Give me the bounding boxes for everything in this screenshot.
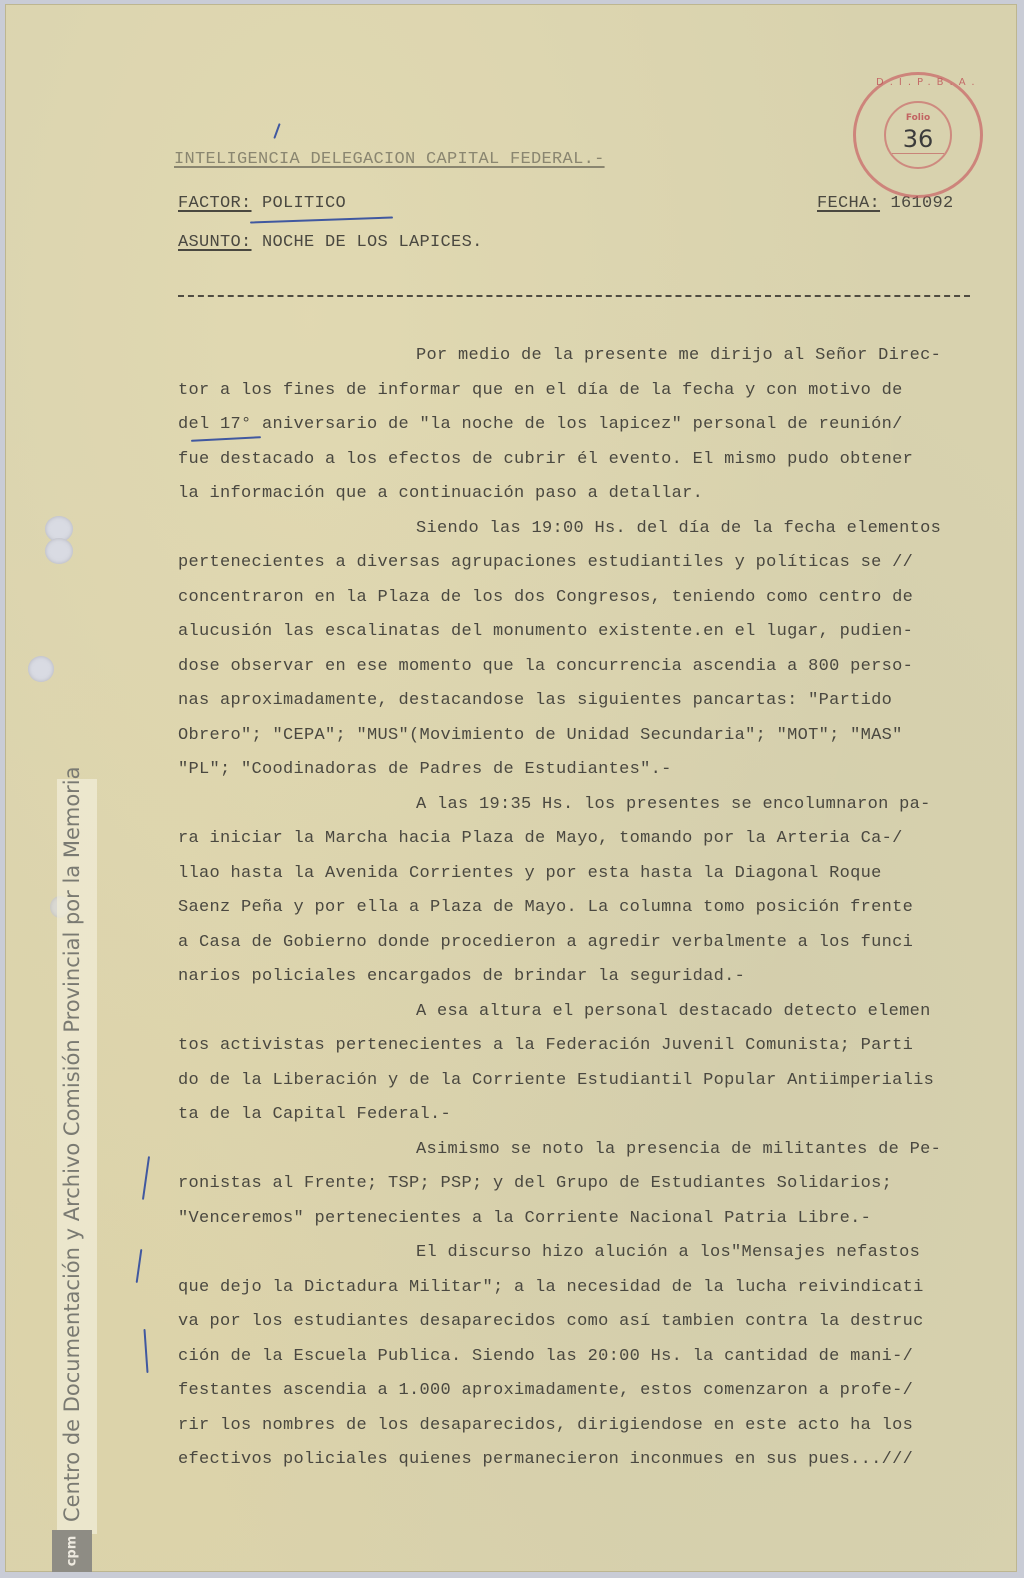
pen-mark-icon — [273, 123, 280, 139]
fecha-field: FECHA: 161092 — [817, 194, 954, 213]
stamp-inner-circle: Folio 36 — [884, 101, 952, 169]
report-line: concentraron en la Plaza de los dos Cong… — [178, 586, 1018, 621]
report-line: ta de la Capital Federal.- — [178, 1103, 1018, 1138]
report-line: A esa altura el personal destacado detec… — [178, 1000, 1018, 1035]
asunto-field: ASUNTO: NOCHE DE LOS LAPICES. — [178, 233, 483, 252]
department-heading: INTELIGENCIA DELEGACION CAPITAL FEDERAL.… — [174, 150, 605, 169]
report-line: ción de la Escuela Publica. Siendo las 2… — [178, 1345, 1018, 1380]
report-line: "Venceremos" pertenecientes a la Corrien… — [178, 1207, 1018, 1242]
cpm-badge-text: cpm — [65, 1536, 80, 1567]
stamp-agency: D.I.P.B.A. — [876, 77, 966, 88]
pen-margin-mark-icon — [143, 1329, 148, 1373]
report-line: A las 19:35 Hs. los presentes se encolum… — [178, 793, 1018, 828]
punch-hole — [28, 656, 54, 682]
report-line: del 17° aniversario de "la noche de los … — [178, 413, 1018, 448]
report-line: la información que a continuación paso a… — [178, 482, 1018, 517]
report-body: Por medio de la presente me dirijo al Se… — [178, 344, 1018, 1483]
report-line: dose observar en ese momento que la conc… — [178, 655, 1018, 690]
report-line: tos activistas pertenecientes a la Feder… — [178, 1034, 1018, 1069]
asunto-label: ASUNTO: — [178, 233, 252, 252]
stamp-folio-label: Folio — [886, 113, 950, 123]
report-line: "PL"; "Coodinadoras de Padres de Estudia… — [178, 758, 1018, 793]
factor-value: POLITICO — [262, 194, 346, 213]
report-line: Por medio de la presente me dirijo al Se… — [178, 344, 1018, 379]
pen-margin-mark-icon — [136, 1249, 143, 1283]
report-line: do de la Liberación y de la Corriente Es… — [178, 1069, 1018, 1104]
stamp-folio-number: 36 — [886, 125, 950, 153]
cpm-logo-badge: cpm — [52, 1530, 92, 1572]
asunto-value: NOCHE DE LOS LAPICES. — [262, 233, 483, 252]
report-line: va por los estudiantes desaparecidos com… — [178, 1310, 1018, 1345]
report-line: El discurso hizo alución a los"Mensajes … — [178, 1241, 1018, 1276]
report-line: Asimismo se noto la presencia de militan… — [178, 1138, 1018, 1173]
stamp-line — [892, 153, 944, 154]
report-line: ronistas al Frente; TSP; PSP; y del Grup… — [178, 1172, 1018, 1207]
report-line: Saenz Peña y por ella a Plaza de Mayo. L… — [178, 896, 1018, 931]
punch-hole — [45, 538, 73, 564]
report-line: efectivos policiales quienes permanecier… — [178, 1448, 1018, 1483]
report-line: rir los nombres de los desaparecidos, di… — [178, 1414, 1018, 1449]
report-line: pertenecientes a diversas agrupaciones e… — [178, 551, 1018, 586]
report-line: llao hasta la Avenida Corrientes y por e… — [178, 862, 1018, 897]
factor-field: FACTOR: POLITICO — [178, 194, 346, 213]
report-line: tor a los fines de informar que en el dí… — [178, 379, 1018, 414]
report-line: alucusión las escalinatas del monumento … — [178, 620, 1018, 655]
factor-label: FACTOR: — [178, 194, 252, 213]
report-line: festantes ascendia a 1.000 aproximadamen… — [178, 1379, 1018, 1414]
archive-watermark-text: Centro de Documentación y Archivo Comisi… — [52, 775, 92, 1530]
report-line: nas aproximadamente, destacandose las si… — [178, 689, 1018, 724]
report-line: Obrero"; "CEPA"; "MUS"(Movimiento de Uni… — [178, 724, 1018, 759]
report-line: fue destacado a los efectos de cubrir él… — [178, 448, 1018, 483]
pen-margin-mark-icon — [142, 1156, 150, 1200]
dashed-divider — [178, 295, 970, 297]
fecha-label: FECHA: — [817, 194, 880, 213]
document-page: INTELIGENCIA DELEGACION CAPITAL FEDERAL.… — [5, 4, 1017, 1572]
report-line: narios policiales encargados de brindar … — [178, 965, 1018, 1000]
folio-stamp: D.I.P.B.A. Folio 36 — [853, 72, 983, 198]
department-text: INTELIGENCIA DELEGACION CAPITAL FEDERAL.… — [174, 150, 605, 169]
report-line: que dejo la Dictadura Militar"; a la nec… — [178, 1276, 1018, 1311]
report-line: Siendo las 19:00 Hs. del día de la fecha… — [178, 517, 1018, 552]
report-line: a Casa de Gobierno donde procedieron a a… — [178, 931, 1018, 966]
pen-underline-icon — [250, 217, 393, 224]
report-line: ra iniciar la Marcha hacia Plaza de Mayo… — [178, 827, 1018, 862]
